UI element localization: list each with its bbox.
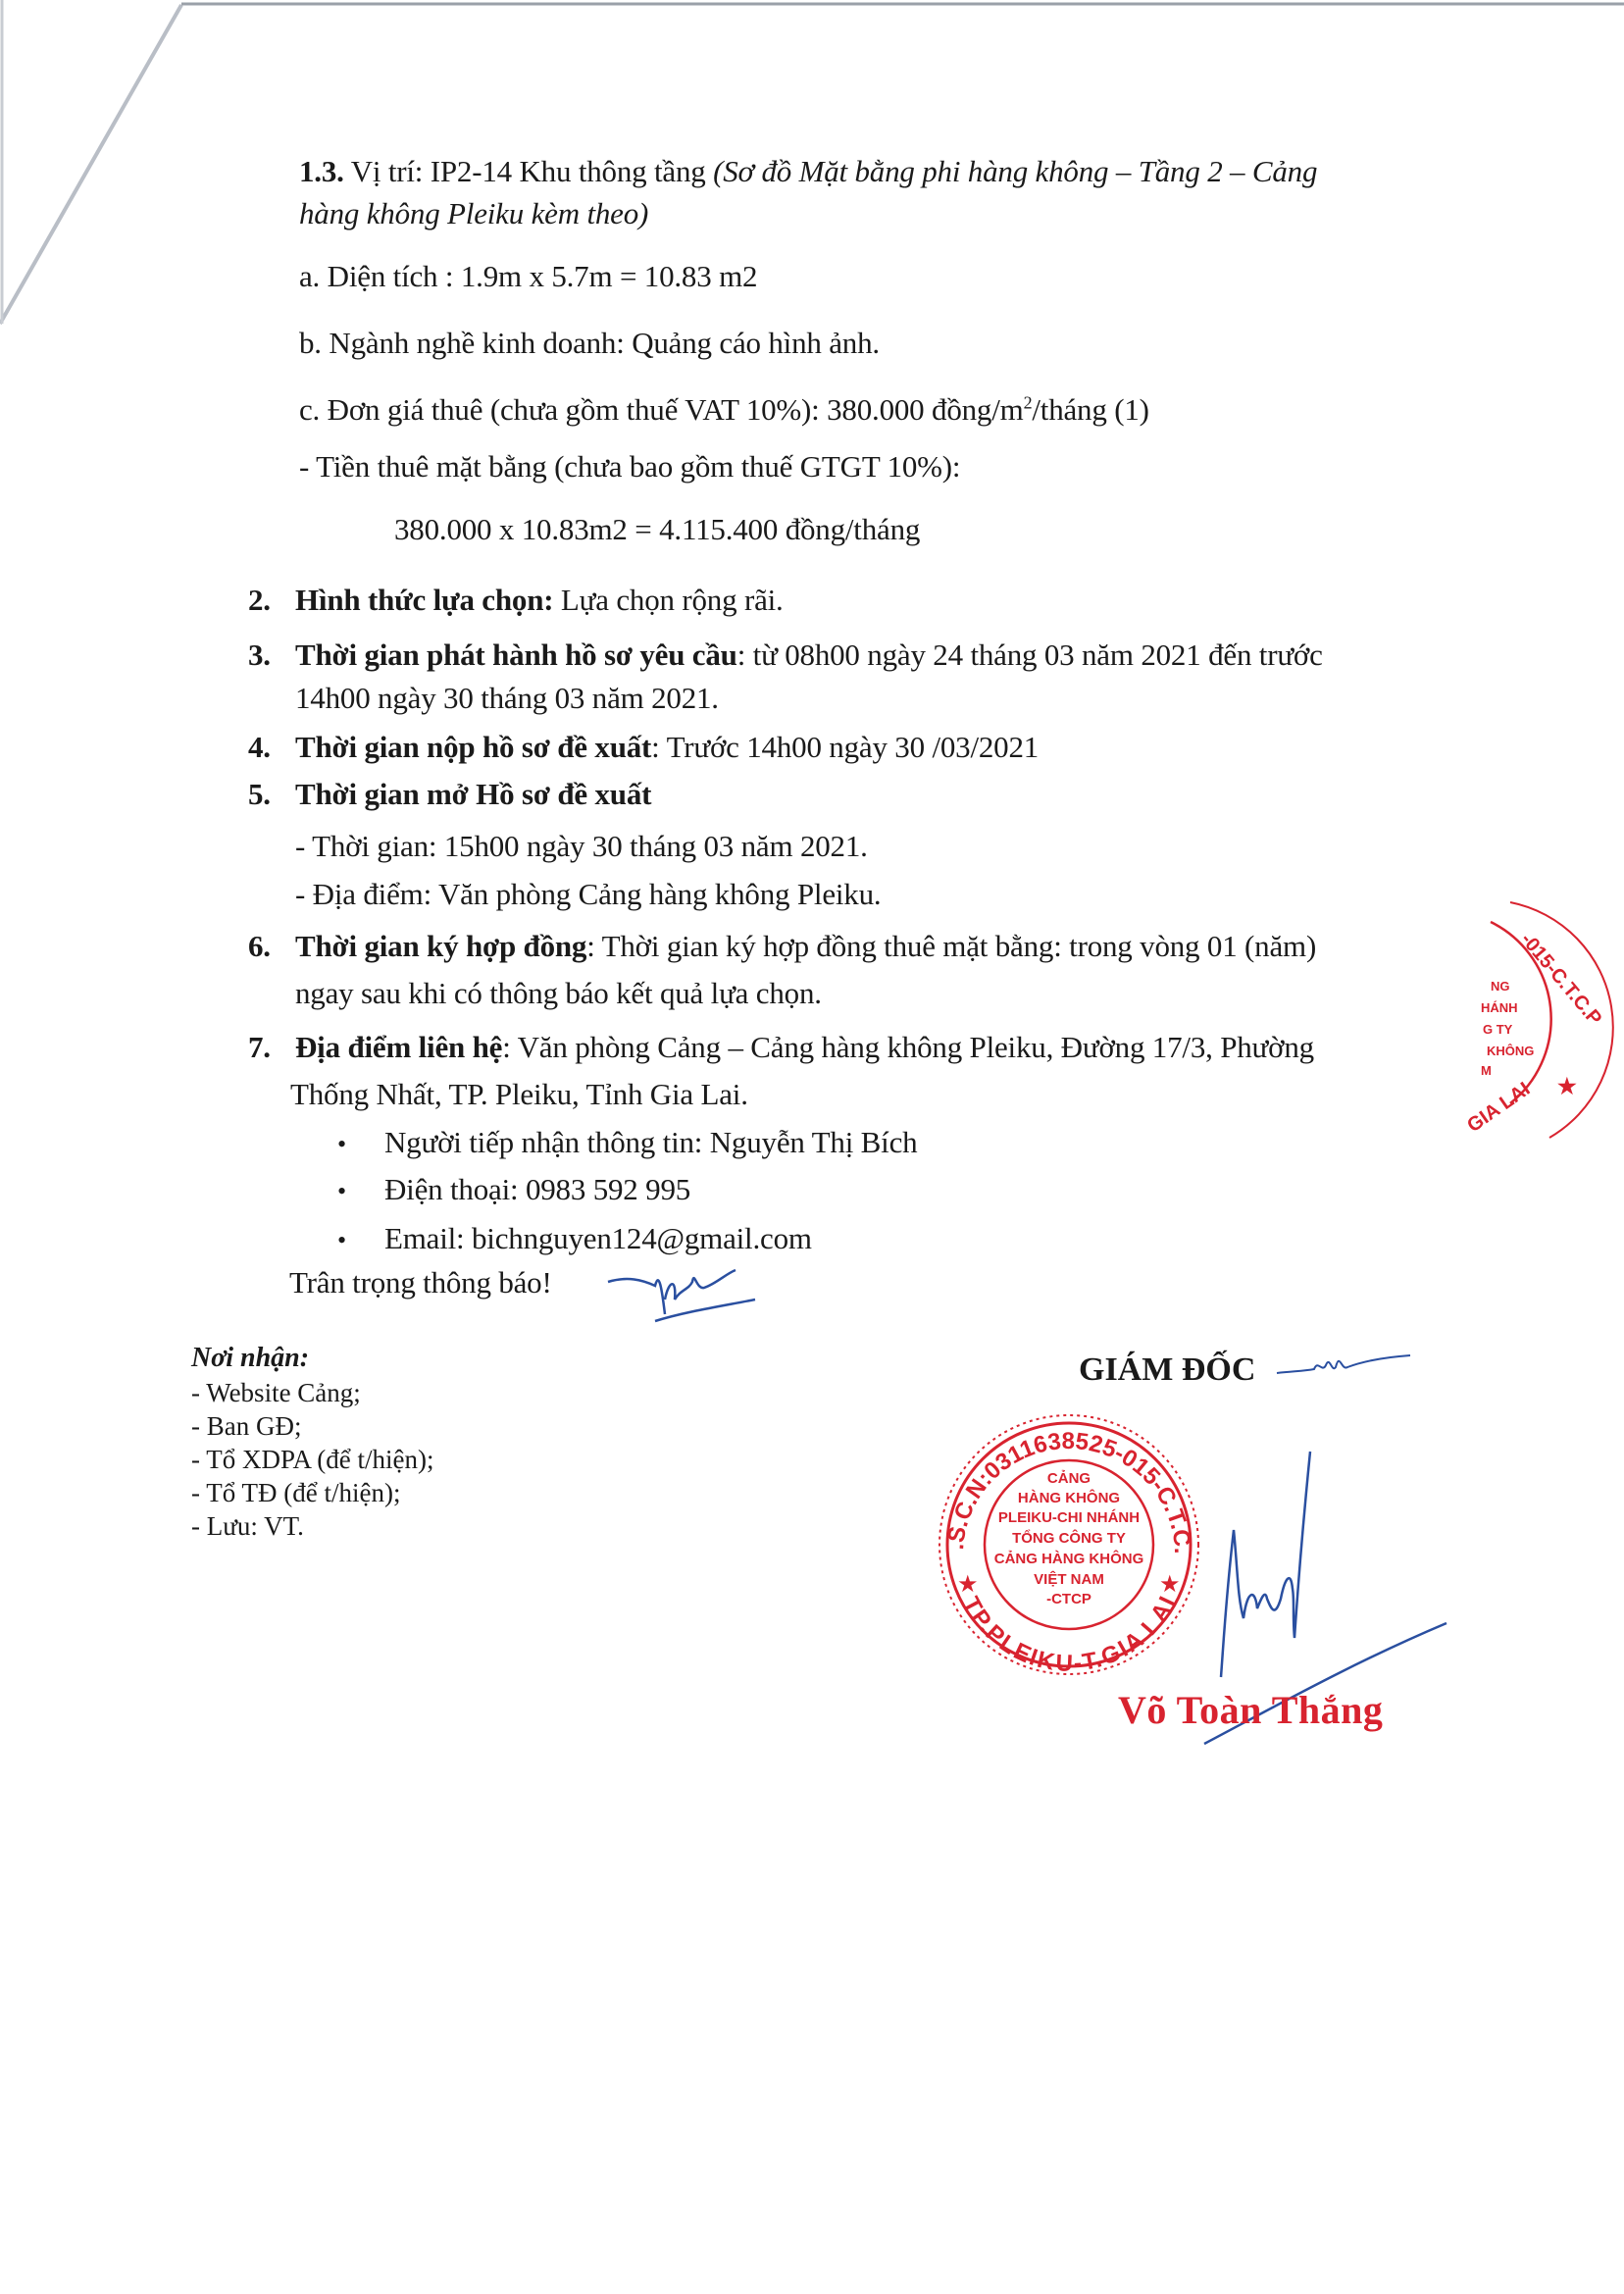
stamp-inner-line: HÀNG KHÔNG [1018,1489,1120,1506]
item-7: 7.Địa điểm liên hệ: Văn phòng Cảng – Cản… [248,1028,1314,1067]
stamp-inner-line: VIỆT NAM [1034,1570,1104,1588]
item-number: 7. [248,1028,295,1067]
item-title: Địa điểm liên hệ [295,1030,502,1064]
area-line: a. Diện tích : 1.9m x 5.7m = 10.83 m2 [299,257,757,296]
price-unit: /tháng (1) [1032,392,1148,427]
contact-email-link[interactable]: Email: bichnguyen124@gmail.com [384,1221,812,1255]
stamp-inner-line: TỔNG CÔNG TY [1012,1529,1126,1547]
recipient-item: - Lưu: VT. [191,1510,304,1543]
closing-text: Trân trọng thông báo! [289,1263,552,1302]
item-title: Thời gian ký hợp đồng [295,929,586,963]
signatory-name: Võ Toàn Thắng [1118,1687,1383,1733]
stamp-star-icon: ★ [957,1572,979,1598]
partial-stamp-inner: G TY [1483,1022,1513,1037]
contact-phone: •Điện thoại: 0983 592 995 [337,1170,690,1211]
section-location-text: Vị trí: IP2-14 Khu thông tầng [344,154,713,188]
partial-stamp-inner: M [1481,1063,1492,1078]
bullet-icon: • [337,1125,384,1164]
item-6-cont: ngay sau khi có thông báo kết quả lựa ch… [295,974,822,1013]
partial-stamp-inner: KHÔNG [1487,1044,1534,1058]
item-5: 5.Thời gian mở Hồ sơ đề xuất [248,775,651,814]
partial-stamp-inner: HÁNH [1481,1000,1518,1015]
item-number: 5. [248,775,295,814]
contact-phone-text: Điện thoại: 0983 592 995 [384,1172,690,1206]
partial-stamp-inner: NG [1491,979,1510,994]
bullet-icon: • [337,1172,384,1211]
partial-stamp: -015-C.T.C.P GIA LAI ★ NG HÁNH G TY KHÔN… [1451,892,1624,1157]
item-text: : Thời gian ký hợp đồng thuê mặt bằng: t… [586,929,1316,963]
item-number: 6. [248,927,295,966]
initials-signature-icon [598,1260,765,1329]
item-5-location: - Địa điểm: Văn phòng Cảng hàng không Pl… [295,875,881,914]
item-text: Lựa chọn rộng rãi. [553,583,783,617]
recipient-item: - Tổ XDPA (để t/hiện); [191,1444,434,1476]
item-text: : từ 08h00 ngày 24 tháng 03 năm 2021 đến… [737,637,1323,672]
item-title: Thời gian nộp hồ sơ đề xuất [295,730,651,764]
section-number: 1.3. [299,154,344,188]
partial-stamp-bottom-text: GIA LAI [1463,1078,1534,1137]
contact-email: •Email: bichnguyen124@gmail.com [337,1219,812,1260]
price-line: c. Đơn giá thuê (chưa gồm thuế VAT 10%):… [299,390,1149,430]
partial-stamp-outer-text: -015-C.T.C.P [1516,929,1605,1030]
section-1-3-heading: 1.3. Vị trí: IP2-14 Khu thông tầng (Sơ đ… [299,152,1317,191]
item-number: 3. [248,636,295,675]
item-number: 4. [248,728,295,767]
item-6: 6.Thời gian ký hợp đồng: Thời gian ký hợ… [248,927,1316,966]
stamp-inner-line: CẢNG [1047,1470,1091,1487]
item-title: Hình thức lựa chọn: [295,583,553,617]
item-text: : Trước 14h00 ngày 30 /03/2021 [651,730,1039,764]
contact-person-text: Người tiếp nhận thông tin: Nguyễn Thị Bí… [384,1125,917,1159]
item-3: 3.Thời gian phát hành hồ sơ yêu cầu: từ … [248,636,1323,675]
bullet-icon: • [337,1221,384,1260]
stamp-inner-line: CẢNG HÀNG KHÔNG [994,1550,1144,1567]
item-2: 2.Hình thức lựa chọn: Lựa chọn rộng rãi. [248,581,784,620]
item-title: Thời gian phát hành hồ sơ yêu cầu [295,637,737,672]
recipient-item: - Ban GĐ; [191,1410,301,1443]
item-7-cont: Thống Nhất, TP. Pleiku, Tỉnh Gia Lai. [290,1075,748,1114]
director-title: GIÁM ĐỐC [1079,1351,1255,1389]
item-number: 2. [248,581,295,620]
stamp-star-icon: ★ [1557,1074,1577,1098]
item-text: : Văn phòng Cảng – Cảng hàng không Pleik… [502,1030,1314,1064]
contact-person: •Người tiếp nhận thông tin: Nguyễn Thị B… [337,1123,917,1164]
recipient-item: - Website Cảng; [191,1377,361,1409]
item-5-time: - Thời gian: 15h00 ngày 30 tháng 03 năm … [295,827,868,866]
stamp-inner-line: -CTCP [1046,1591,1091,1607]
rent-label: - Tiền thuê mặt bằng (chưa bao gồm thuế … [299,447,960,486]
recipients-heading: Nơi nhận: [191,1342,309,1374]
section-note: (Sơ đồ Mặt bằng phi hàng không – Tầng 2 … [713,154,1317,188]
item-title: Thời gian mở Hồ sơ đề xuất [295,777,651,811]
stamp-inner-line: PLEIKU-CHI NHÁNH [998,1509,1140,1526]
item-3-cont: 14h00 ngày 30 tháng 03 năm 2021. [295,679,719,718]
section-note-cont: hàng không Pleiku kèm theo) [299,194,648,233]
title-initials-icon [1275,1344,1412,1383]
recipient-item: - Tổ TĐ (để t/hiện); [191,1477,400,1509]
business-line: b. Ngành nghề kinh doanh: Quảng cáo hình… [299,324,880,363]
rent-calculation: 380.000 x 10.83m2 = 4.115.400 đồng/tháng [394,510,920,549]
price-text: c. Đơn giá thuê (chưa gồm thuế VAT 10%):… [299,392,1024,427]
item-4: 4.Thời gian nộp hồ sơ đề xuất: Trước 14h… [248,728,1039,767]
